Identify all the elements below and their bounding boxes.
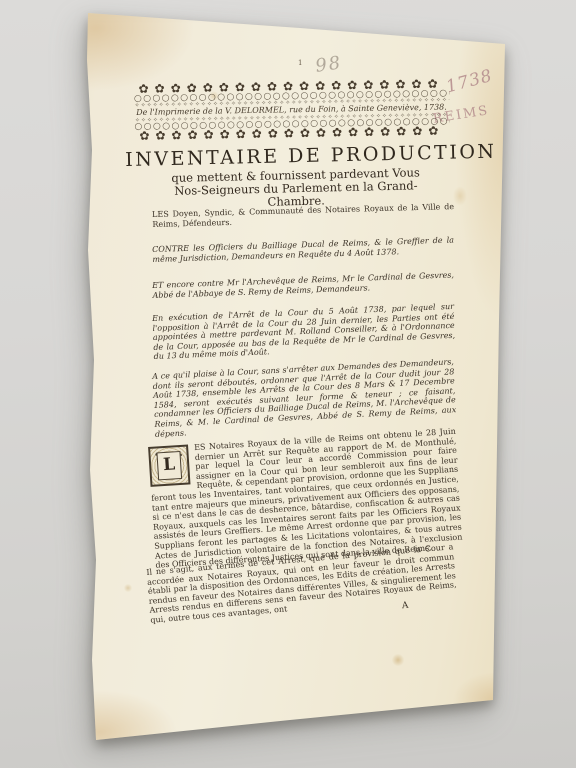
document-photo: 1 98 1738 REIMS ✿✿✿✿✿✿✿✿✿✿✿✿✿✿✿✿✿✿✿ ○○○○… [0, 0, 576, 768]
ornament-band: ✿✿✿✿✿✿✿✿✿✿✿✿✿✿✿✿✿✿✿ ○○○○○○○○○○○○○○○○○○○○… [133, 78, 450, 142]
signature-mark: A [402, 601, 409, 612]
paragraph-contre: CONTRE les Officiers du Bailliage Ducal … [152, 236, 454, 265]
document-page: 1 98 1738 REIMS ✿✿✿✿✿✿✿✿✿✿✿✿✿✿✿✿✿✿✿ ○○○○… [0, 0, 576, 768]
document-title-block: INVENTAIRE DE PRODUCTION que mettent & f… [125, 142, 466, 212]
photo-background: 1 98 1738 REIMS ✿✿✿✿✿✿✿✿✿✿✿✿✿✿✿✿✿✿✿ ○○○○… [0, 0, 576, 768]
paragraph-plaise: A ce qu'il plaise à la Cour, sans s'arrê… [152, 357, 457, 439]
printed-page-number: 1 [298, 59, 302, 67]
handwritten-year-annotation: 1738 [444, 66, 495, 98]
ornamental-initial: L [148, 444, 190, 486]
paragraph-et-encore: ET encore contre Mr l'Archevêque de Reim… [152, 270, 454, 300]
drop-cap-letter: L [156, 451, 182, 480]
handwritten-number-annotation: 98 [314, 52, 344, 77]
paragraph-execution: En exécution de l'Arrêt de la Cour du 5 … [152, 302, 456, 362]
